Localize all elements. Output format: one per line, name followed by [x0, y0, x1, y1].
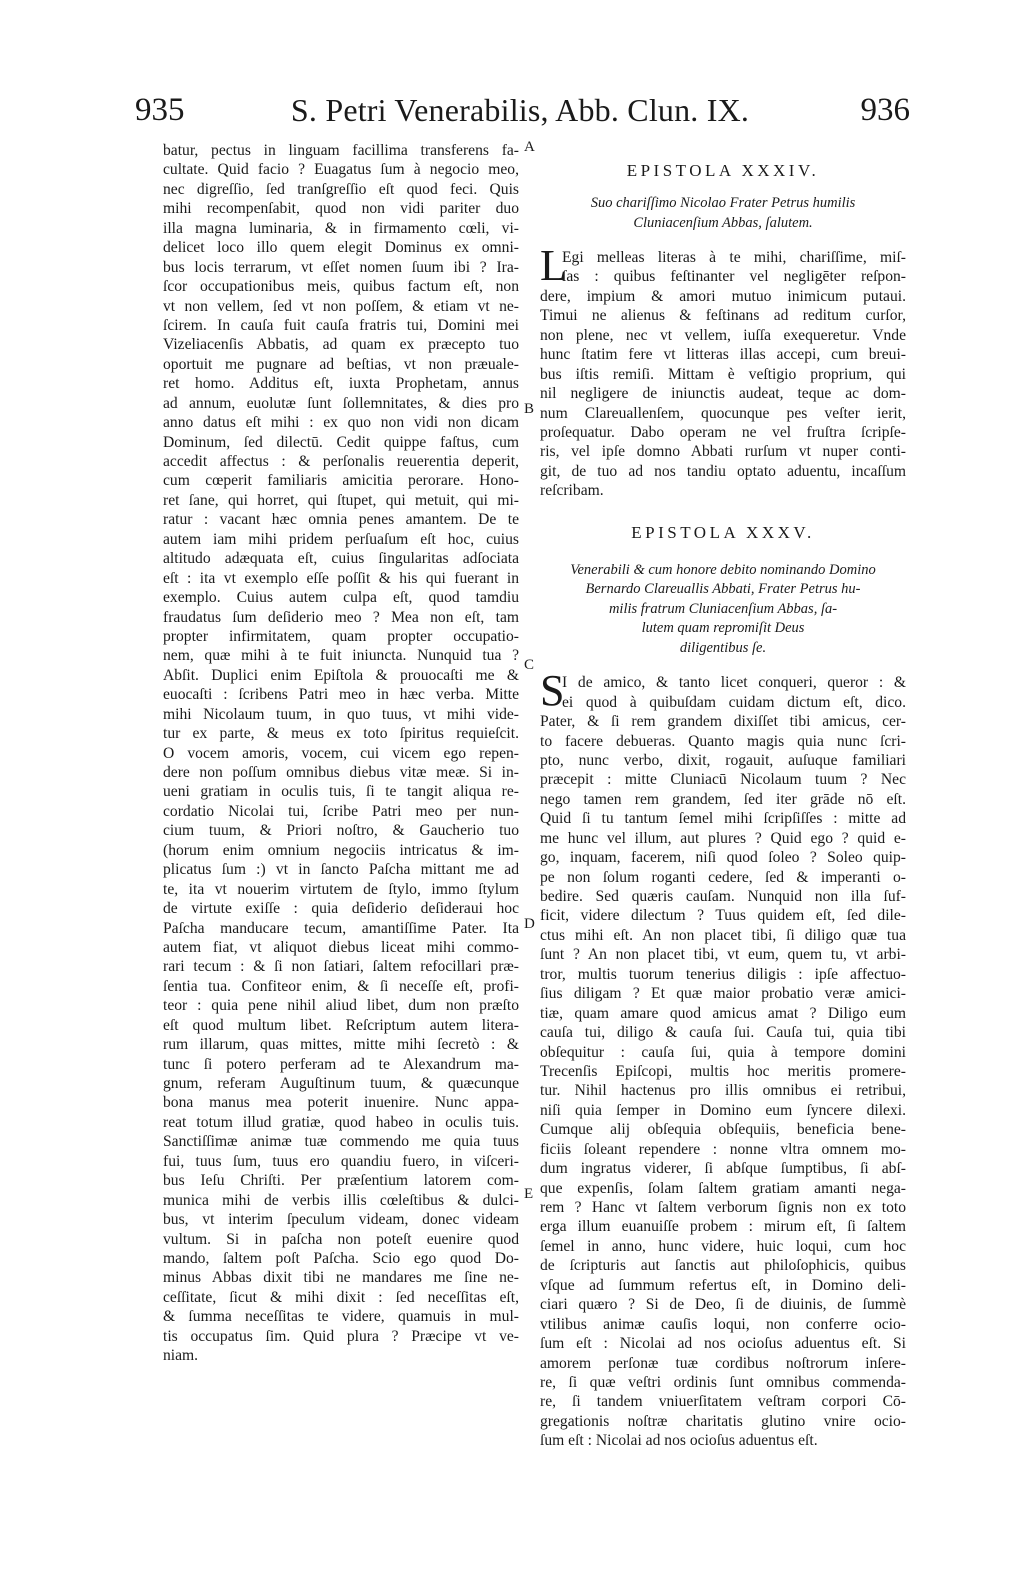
- text-line: vtilibus animæ cauſis loqui, non conferr…: [540, 1315, 906, 1334]
- text-line: ſum eſt : Nicolai ad nos ocioſus aduentu…: [540, 1334, 906, 1353]
- text-line: go, inquam, facerem, niſi quod ſoleo ? S…: [540, 848, 906, 867]
- text-line: Dominum, ſed dilectū. Cedit quippe faſtu…: [163, 433, 519, 452]
- epistola-35-body: S I de amico, & tanto licet conqueri, qu…: [540, 673, 906, 1451]
- text-line: bus iſtis remiſi. Mittam è veſtigio prop…: [540, 365, 906, 384]
- text-line: plicatus ſum :) vt in ſancto Paſcha mitt…: [163, 860, 519, 879]
- text-line: bedire. Sed quæris cauſam. Nunquid non i…: [540, 887, 906, 906]
- text-line: Cumque alij obſequia obſequiis, benefici…: [540, 1120, 906, 1139]
- text-line: Sanctiſſimæ animæ tuæ commendo me quia t…: [163, 1132, 519, 1151]
- text-line: gnum, referam Auguſtinum tuum, & quæcunq…: [163, 1074, 519, 1093]
- text-line: dum ingratus viderer, ſi abſque ſumptibu…: [540, 1159, 906, 1178]
- salutation-line: milis fratrum Cluniacenſium Abbas, ſa-: [540, 600, 906, 620]
- text-line: (horum enim omnium negociis intricatus &…: [163, 841, 519, 860]
- text-line: ctus mihi eſt. An non placet tibi, ſi di…: [540, 926, 906, 945]
- text-line: re, ſi tandem vniuerſitatem veſtram corp…: [540, 1392, 906, 1411]
- text-line: tis occupatus ſim. Quid plura ? Præcipe …: [163, 1327, 519, 1346]
- text-line: cultate. Quid facio ? Euagatus ſum à neg…: [163, 160, 519, 179]
- text-line: Pater, & ſi rem grandem dixiſſet tibi am…: [540, 712, 906, 731]
- text-line: vſque ad ſummum refertus eſt, in Domino …: [540, 1276, 906, 1295]
- text-line: autem fiat, vt aliquot diebus liceat mih…: [163, 938, 519, 957]
- text-line: num Clareuallenſem, quocunque pes veſter…: [540, 404, 906, 423]
- text-line: niſi quia ſemper in Domino eum ſyncere d…: [540, 1101, 906, 1120]
- text-line: Vizeliacenſis Abbatis, ad quam ex præcep…: [163, 335, 519, 354]
- text-line: altitudo adæquata eſt, cuius ſingularita…: [163, 549, 519, 568]
- text-line: cium tuum, & Priori noſtro, & Gaucherio …: [163, 821, 519, 840]
- margin-letter-c: C: [524, 657, 534, 674]
- salutation-line: diligentibus ſe.: [540, 639, 906, 659]
- text-line: re, ſi quæ veſtri ordinis ſunt omnibus c…: [540, 1373, 906, 1392]
- text-line: git, de tuo ad nos tandiu optato aduentu…: [540, 462, 906, 481]
- text-line: erga illum euanuiſſe probem : mirum eſt,…: [540, 1217, 906, 1236]
- text-line: nem, quæ mihi à te fuit iniuncta. Nunqui…: [163, 646, 519, 665]
- text-line: ſcirem. In cauſa fuit cauſa fratris tui,…: [163, 316, 519, 335]
- text-line: delicet loco illo quem elegit Dominus ex…: [163, 238, 519, 257]
- text-line: tror, multis tuorum tenerius diligis : i…: [540, 965, 906, 984]
- salutation-line: Suo chariſſimo Nicolao Frater Petrus hum…: [540, 194, 906, 214]
- text-line: ſemel in anno, hunc videre, huic loqui, …: [540, 1237, 906, 1256]
- text-line: Paſcha manducare tecum, amantiſſime Pate…: [163, 919, 519, 938]
- text-line: ſentia tua. Confiteor enim, & ſi neceſſe…: [163, 977, 519, 996]
- text-line: minus Abbas dixit tibi ne mandares me ſi…: [163, 1268, 519, 1287]
- text-line: Quid ſi tu tantum ſemel mihi ſcripſiſſes…: [540, 809, 906, 828]
- salutation-line: Cluniacenſium Abbas, ſalutem.: [540, 214, 906, 234]
- text-line: munica mihi de verbis illis cœleſtibus &…: [163, 1191, 519, 1210]
- text-line: fui, tuus ſum, tuus ero quandiu fuero, i…: [163, 1152, 519, 1171]
- text-line: tur ex parte, & meus ex toto ſpiritus re…: [163, 724, 519, 743]
- text-line: bus, vt interim ſpeculum videam, donec v…: [163, 1210, 519, 1229]
- text-line: nil negligere de iniunctis audeat, teque…: [540, 384, 906, 403]
- text-line: cum cœperit familiaris amicitia perorare…: [163, 471, 519, 490]
- text-line: rum illarum, quas mittes, mitte mihi ſec…: [163, 1035, 519, 1054]
- text-line: tiæ, quam amare quod amicus amat ? Dilig…: [540, 1004, 906, 1023]
- text-line: præcepit : mitte Cluniacū Nicolaum tuum …: [540, 770, 906, 789]
- text-line: proſequatur. Dabo operam ne vel fruſtra …: [540, 423, 906, 442]
- text-line: non plene, nec vt vellem, iuſſa exequere…: [540, 326, 906, 345]
- text-line: I de amico, & tanto licet conqueri, quer…: [540, 673, 906, 692]
- text-line: ret ſane, qui horret, qui ſtupet, qui me…: [163, 491, 519, 510]
- salutation-line: Venerabili & cum honore debito nominando…: [540, 561, 906, 581]
- text-line: ad annum, euolutæ ſunt ſollemnitates, & …: [163, 394, 519, 413]
- text-line: propter infirmitatem, quam propter occup…: [163, 627, 519, 646]
- text-line: nec digreſſio, ſed tranſgreſſio eſt quod…: [163, 180, 519, 199]
- text-line: amorem perſonæ tuæ cordibus noſtrorum in…: [540, 1354, 906, 1373]
- text-line: ciari quæro ? Si de Deo, ſi de diuinis, …: [540, 1295, 906, 1314]
- text-line: ſcor occupationibus meis, quibus factum …: [163, 277, 519, 296]
- text-line: ueni gratiam in oculis tuis, ſi te tangi…: [163, 782, 519, 801]
- text-line: dere, impium & amori mutuo inimicum puta…: [540, 287, 906, 306]
- text-line: niam.: [163, 1346, 519, 1365]
- text-line: Egi melleas literas à te mihi, chariſſim…: [540, 248, 906, 267]
- text-line: exemplo. Cuius autem culpa eſt, quod tam…: [163, 588, 519, 607]
- text-line: rem ? Hanc vt ſaltem verborum ſignis non…: [540, 1198, 906, 1217]
- text-line: me hunc vel illum, aut plures ? Quid ego…: [540, 829, 906, 848]
- text-line: ſius diligam ? Et quæ maior probatio ver…: [540, 984, 906, 1003]
- text-line: ficiis ſoleant rependere : nonne vltra o…: [540, 1140, 906, 1159]
- text-line: rari tecum : & ſi non ſatiari, ſaltem re…: [163, 957, 519, 976]
- text-line: Timui ne alienus & feſtinans ad reditum …: [540, 306, 906, 325]
- text-line: hunc ſtatim fere vt litteras illas accep…: [540, 345, 906, 364]
- text-line: cauſa tui, diligo & cauſa ſui. Cauſa tui…: [540, 1023, 906, 1042]
- margin-letter-d: D: [524, 916, 535, 933]
- text-line: vultum. Si in paſcha non poteſt euenire …: [163, 1230, 519, 1249]
- text-line: dere non poſſum omnibus diebus vitæ meæ.…: [163, 763, 519, 782]
- text-line: mihi Nicolaum tuum, in quo tuus, vt mihi…: [163, 705, 519, 724]
- left-column: batur, pectus in linguam facillima trans…: [163, 141, 519, 1366]
- text-line: te, ita vt nouerim virtutem de ſtylo, im…: [163, 880, 519, 899]
- epistola-34-title: EPISTOLA XXXIV.: [540, 161, 906, 185]
- text-line: nego tamen rem grandem, ſed iter grāde n…: [540, 790, 906, 809]
- text-line: Trecenſis Epiſcopi, multis hoc meritis p…: [540, 1062, 906, 1081]
- text-line: bona manus mea poterit inuenire. Nunc ap…: [163, 1093, 519, 1112]
- margin-letter-a: A: [524, 139, 535, 156]
- text-line: eſt quod multum libet. Reſcriptum autem …: [163, 1016, 519, 1035]
- text-line: autem iam mihi pridem perſuaſum eſt hoc,…: [163, 530, 519, 549]
- right-column: EPISTOLA XXXIV. Suo chariſſimo Nicolao F…: [540, 141, 906, 1451]
- text-line: gregationis noſtræ charitatis glutino vn…: [540, 1412, 906, 1431]
- text-line: ceſſitate, ſicut & mihi dixit : ſed nece…: [163, 1288, 519, 1307]
- text-line: tunc ſi potero perferam ad te Alexandrum…: [163, 1055, 519, 1074]
- text-line: que expenſis, ſolam ſaltem gratiam amant…: [540, 1179, 906, 1198]
- text-line: ei quod à quibuſdam cuidam dictum eſt, d…: [540, 693, 906, 712]
- text-line: cordatio Nicolai tui, ſcribe Patri meo p…: [163, 802, 519, 821]
- drop-cap: S: [540, 671, 564, 711]
- text-line: Abſit. Duplici enim Epiſtola & prouocaſt…: [163, 666, 519, 685]
- text-line: bus locis terrarum, vt eſſet nomen ſuum …: [163, 258, 519, 277]
- salutation-line: Bernardo Clareuallis Abbati, Frater Petr…: [540, 580, 906, 600]
- margin-letter-b: B: [524, 401, 534, 418]
- text-line: bus Ieſu Chriſti. Per præſentium latorem…: [163, 1171, 519, 1190]
- text-line: illa magna luminaria, & in firmamento cœ…: [163, 219, 519, 238]
- text-line: fraudatus ſum deſiderio meo ? Mea non eſ…: [163, 608, 519, 627]
- text-line: ſas : quibus feſtinanter vel negligēter …: [540, 267, 906, 286]
- text-line: batur, pectus in linguam facillima trans…: [163, 141, 519, 160]
- drop-cap: L: [540, 246, 567, 286]
- running-title: S. Petri Venerabilis, Abb. Clun. IX.: [130, 92, 910, 129]
- text-line: reſcribam.: [540, 481, 906, 500]
- text-line: eſt : ita vt exemplo eſſe poſſit & his q…: [163, 569, 519, 588]
- text-line: pe non ſolum roganti cedere, ſed & imper…: [540, 868, 906, 887]
- text-line: pto, nunc verbo, dixit, rogauit, auſuque…: [540, 751, 906, 770]
- text-line: reat totum illud gratiæ, quod habeo in o…: [163, 1113, 519, 1132]
- text-line: ficit, videre dilectum ? Tuus quidem eſt…: [540, 906, 906, 925]
- epistola-35-salutation: Venerabili & cum honore debito nominando…: [540, 561, 906, 659]
- text-line: O vocem amoris, vocem, cui vicem ego rep…: [163, 744, 519, 763]
- text-line: oportuit me pugnare ad beſtias, vt non p…: [163, 355, 519, 374]
- text-line: de ſcripturis aut ſanctis aut philoſophi…: [540, 1256, 906, 1275]
- text-line: ret homo. Additus eſt, iuxta Prophetam, …: [163, 374, 519, 393]
- salutation-line: lutem quam repromiſit Deus: [540, 619, 906, 639]
- text-line: accedit affectus : & perſonalis reuerent…: [163, 452, 519, 471]
- epistola-34-body: L Egi melleas literas à te mihi, chariſſ…: [540, 248, 906, 501]
- epistola-35-title: EPISTOLA XXXV.: [540, 523, 906, 547]
- text-line: ſum eſt : Nicolai ad nos ocioſus aduentu…: [540, 1431, 906, 1450]
- text-line: ſunt ? An non placet tibi, vt eum, quem …: [540, 945, 906, 964]
- margin-letter-e: E: [524, 1186, 533, 1203]
- text-line: mando, ſaltem poſt Paſcha. Scio ego quod…: [163, 1249, 519, 1268]
- text-line: ris, vel ipſe domno Abbati rurſum vt nup…: [540, 442, 906, 461]
- text-line: euocaſti : ſcribens Patri meo in hæc ver…: [163, 685, 519, 704]
- text-line: ratur : vacant hæc omnia penes amantem. …: [163, 510, 519, 529]
- text-line: obſequitur : cauſa ſui, quia à tempore d…: [540, 1043, 906, 1062]
- page-header: 935 S. Petri Venerabilis, Abb. Clun. IX.…: [130, 92, 910, 136]
- text-line: mihi recompenſabit, quod non vidi parite…: [163, 199, 519, 218]
- text-line: tur. Nihil hactenus pro illis omnibus ei…: [540, 1081, 906, 1100]
- text-line: teor : quia pene nihil aliud libet, dum …: [163, 996, 519, 1015]
- text-line: to facere debueras. Quanto magis quia nu…: [540, 732, 906, 751]
- text-line: anno datus eſt mihi : ex quo non vidi no…: [163, 413, 519, 432]
- text-line: vt non vellem, ſed vt non poſſem, & etia…: [163, 297, 519, 316]
- page-number-right: 936: [861, 92, 911, 129]
- text-line: & ſumma neceſſitas te videre, quamuis in…: [163, 1307, 519, 1326]
- text-line: de virtute exiſſe : quia deſiderio deſid…: [163, 899, 519, 918]
- epistola-34-salutation: Suo chariſſimo Nicolao Frater Petrus hum…: [540, 194, 906, 233]
